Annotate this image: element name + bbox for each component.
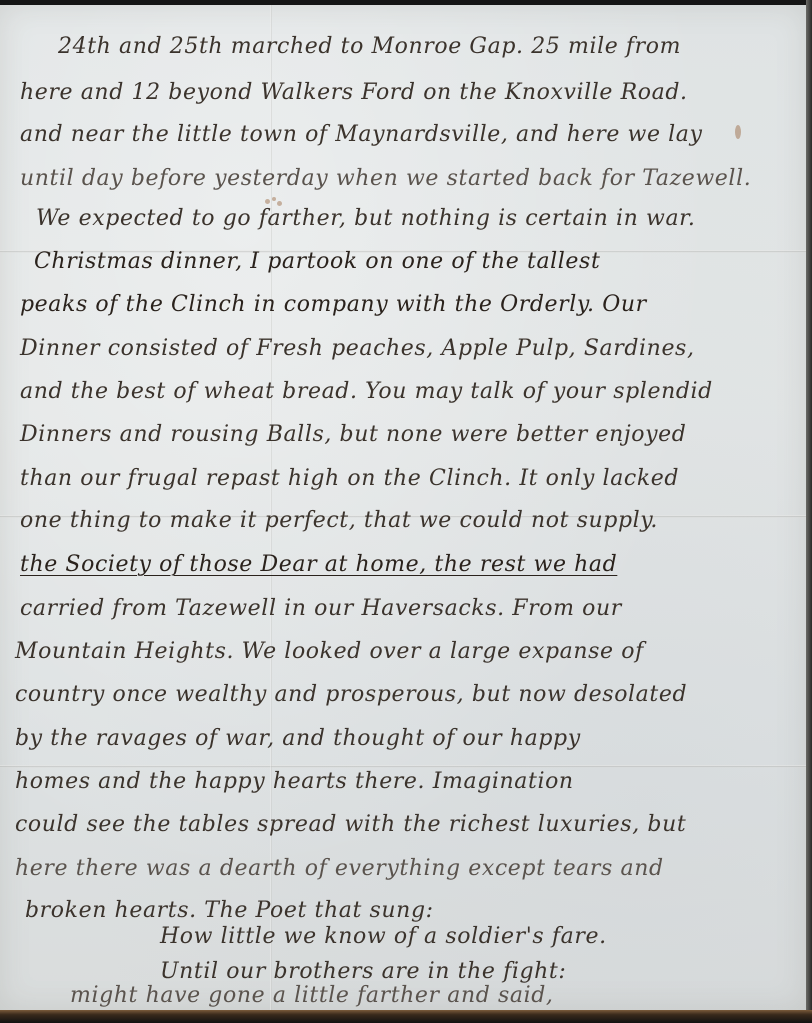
letter-line: and the best of wheat bread. You may tal… <box>20 379 713 404</box>
letter-line: here there was a dearth of everything ex… <box>15 856 664 881</box>
scan-border-bottom <box>0 1010 812 1023</box>
letter-line: broken hearts. The Poet that sung: <box>25 898 434 923</box>
letter-line: might have gone a little farther and sai… <box>70 983 554 1008</box>
poem-line: How little we know of a soldier's fare. <box>160 924 607 949</box>
letter-line: carried from Tazewell in our Haversacks.… <box>20 596 622 621</box>
letter-line: Dinner consisted of Fresh peaches, Apple… <box>20 336 695 361</box>
letter-line: until day before yesterday when we start… <box>20 166 751 191</box>
scan-border-top <box>0 0 812 5</box>
letter-line: Dinners and rousing Balls, but none were… <box>20 422 687 447</box>
letter-line: could see the tables spread with the ric… <box>15 812 686 837</box>
letter-line: one thing to make it perfect, that we co… <box>20 508 658 533</box>
letter-line: than our frugal repast high on the Clinc… <box>20 466 679 491</box>
letter-line: peaks of the Clinch in company with the … <box>20 292 647 317</box>
paper-fold <box>0 765 806 768</box>
letter-line: here and 12 beyond Walkers Ford on the K… <box>20 80 688 105</box>
letter-line: homes and the happy hearts there. Imagin… <box>15 769 574 794</box>
ink-stain <box>735 125 741 139</box>
letter-line: Christmas dinner, I partook on one of th… <box>34 249 600 274</box>
poem-line: Until our brothers are in the fight: <box>160 959 566 984</box>
letter-page: 24th and 25th marched to Monroe Gap. 25 … <box>0 5 806 1010</box>
letter-line: country once wealthy and prosperous, but… <box>15 682 687 707</box>
ink-stain <box>265 199 270 204</box>
letter-line-underlined: the Society of those Dear at home, the r… <box>20 552 617 577</box>
letter-line: Mountain Heights. We looked over a large… <box>15 639 644 664</box>
letter-line: by the ravages of war, and thought of ou… <box>15 726 581 751</box>
letter-line: 24th and 25th marched to Monroe Gap. 25 … <box>58 34 681 59</box>
letter-line: We expected to go farther, but nothing i… <box>36 206 695 231</box>
letter-line: and near the little town of Maynardsvill… <box>20 122 703 147</box>
ink-stain <box>272 197 276 201</box>
scan-border-right <box>806 0 812 1023</box>
